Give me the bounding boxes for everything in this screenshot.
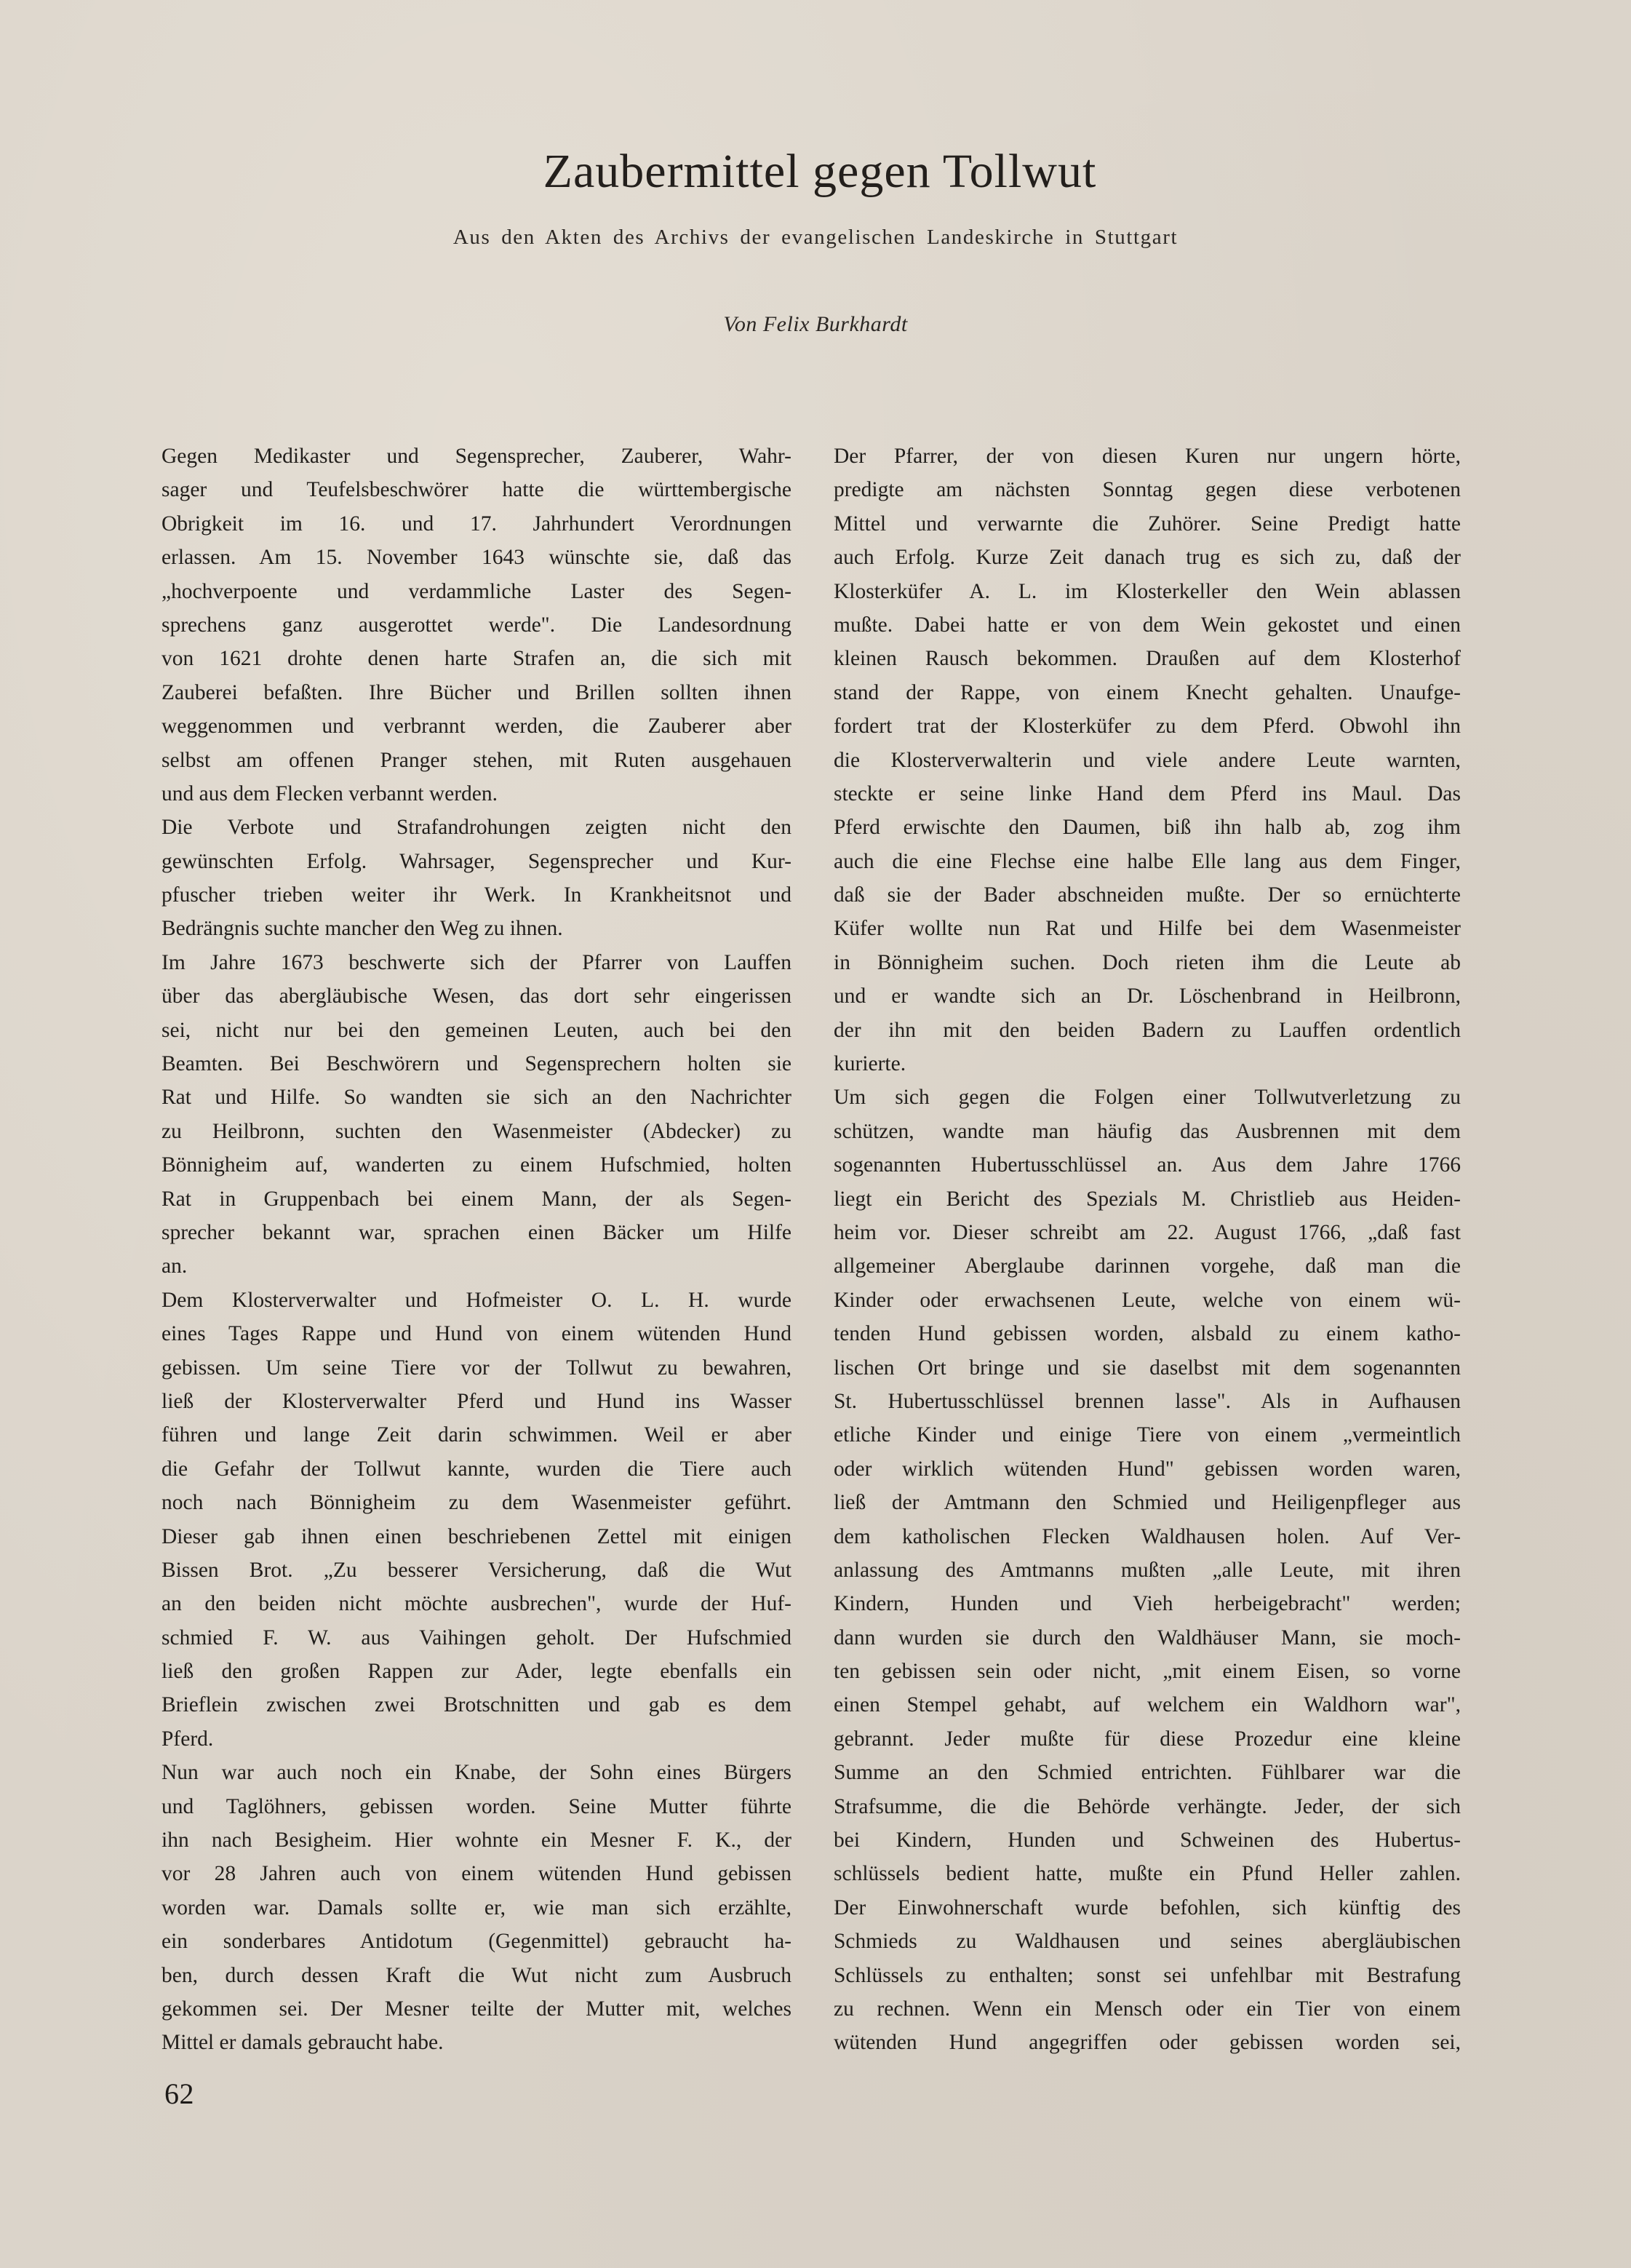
- text-line: Die Verbote und Strafandrohungen zeigten…: [161, 811, 791, 844]
- text-line: an.: [161, 1249, 791, 1283]
- text-line: etliche Kinder und einige Tiere von eine…: [834, 1418, 1461, 1452]
- text-line: Pferd.: [161, 1722, 791, 1756]
- text-line: über das abergläubische Wesen, das dort …: [161, 979, 791, 1013]
- text-line: und Taglöhners, gebissen worden. Seine M…: [161, 1790, 791, 1823]
- text-line: pfuscher trieben weiter ihr Werk. In Kra…: [161, 878, 791, 912]
- text-line: die Gefahr der Tollwut kannte, wurden di…: [161, 1452, 791, 1486]
- text-line: ihn nach Besigheim. Hier wohnte ein Mesn…: [161, 1823, 791, 1857]
- text-line: an den beiden nicht möchte ausbrechen", …: [161, 1587, 791, 1620]
- text-line: Mittel er damals gebraucht habe.: [161, 2026, 791, 2059]
- text-line: daß sie der Bader abschneiden mußte. Der…: [834, 878, 1461, 912]
- text-line: selbst am offenen Pranger stehen, mit Ru…: [161, 744, 791, 777]
- text-line: der ihn mit den beiden Badern zu Lauffen…: [834, 1014, 1461, 1047]
- text-line: Im Jahre 1673 beschwerte sich der Pfarre…: [161, 946, 791, 979]
- text-line: lischen Ort bringe und sie daselbst mit …: [834, 1351, 1461, 1385]
- text-line: fordert trat der Klosterküfer zu dem Pfe…: [834, 709, 1461, 743]
- text-line: Nun war auch noch ein Knabe, der Sohn ei…: [161, 1756, 791, 1789]
- text-line: heim vor. Dieser schreibt am 22. August …: [834, 1216, 1461, 1249]
- text-line: liegt ein Bericht des Spezials M. Christ…: [834, 1182, 1461, 1216]
- text-line: Rat in Gruppenbach bei einem Mann, der a…: [161, 1182, 791, 1216]
- article-title: Zaubermittel gegen Tollwut: [0, 143, 1631, 201]
- page-number: 62: [164, 2077, 194, 2112]
- article-subtitle: Aus den Akten des Archivs der evangelisc…: [0, 224, 1631, 250]
- text-line: Beamten. Bei Beschwörern und Segensprech…: [161, 1047, 791, 1081]
- text-line: wütenden Hund angegriffen oder gebissen …: [834, 2026, 1461, 2059]
- text-line: und er wandte sich an Dr. Löschenbrand i…: [834, 979, 1461, 1013]
- text-line: Strafsumme, die die Behörde verhängte. J…: [834, 1790, 1461, 1823]
- text-line: in Bönnigheim suchen. Doch rieten ihm di…: [834, 946, 1461, 979]
- text-line: sprecher bekannt war, sprachen einen Bäc…: [161, 1216, 791, 1249]
- text-line: ten gebissen sein oder nicht, „mit einem…: [834, 1655, 1461, 1688]
- text-line: Bedrängnis suchte mancher den Weg zu ihn…: [161, 912, 791, 945]
- text-line: sei, nicht nur bei den gemeinen Leuten, …: [161, 1014, 791, 1047]
- text-line: ben, durch dessen Kraft die Wut nicht zu…: [161, 1959, 791, 1992]
- text-line: Brieflein zwischen zwei Brotschnitten un…: [161, 1688, 791, 1722]
- text-line: die Klosterverwalterin und viele andere …: [834, 744, 1461, 777]
- text-line: Pferd erwischte den Daumen, biß ihn halb…: [834, 811, 1461, 844]
- text-line: mußte. Dabei hatte er von dem Wein gekos…: [834, 608, 1461, 642]
- text-line: predigte am nächsten Sonntag gegen diese…: [834, 473, 1461, 506]
- text-line: schlüssels bedient hatte, mußte ein Pfun…: [834, 1857, 1461, 1890]
- text-line: auch die eine Flechse eine halbe Elle la…: [834, 845, 1461, 878]
- text-line: und aus dem Flecken verbannt werden.: [161, 777, 791, 811]
- text-line: ließ der Amtmann den Schmied und Heilige…: [834, 1486, 1461, 1519]
- text-line: allgemeiner Aberglaube darinnen vorgehe,…: [834, 1249, 1461, 1283]
- text-line: stand der Rappe, von einem Knecht gehalt…: [834, 676, 1461, 709]
- text-line: sager und Teufelsbeschwörer hatte die wü…: [161, 473, 791, 506]
- text-line: anlassung des Amtmanns mußten „alle Leut…: [834, 1553, 1461, 1587]
- text-line: Kinder oder erwachsenen Leute, welche vo…: [834, 1284, 1461, 1317]
- text-line: gekommen sei. Der Mesner teilte der Mutt…: [161, 1992, 791, 2026]
- text-line: worden war. Damals sollte er, wie man si…: [161, 1891, 791, 1925]
- text-line: Klosterküfer A. L. im Klosterkeller den …: [834, 575, 1461, 608]
- text-line: gebrannt. Jeder mußte für diese Prozedur…: [834, 1722, 1461, 1756]
- text-line: dem katholischen Flecken Waldhausen hole…: [834, 1520, 1461, 1553]
- text-line: Zauberei befaßten. Ihre Bücher und Brill…: [161, 676, 791, 709]
- text-line: noch nach Bönnigheim zu dem Wasenmeister…: [161, 1486, 791, 1519]
- text-line: St. Hubertusschlüssel brennen lasse". Al…: [834, 1385, 1461, 1418]
- text-line: eines Tages Rappe und Hund von einem wüt…: [161, 1317, 791, 1350]
- text-line: Schmieds zu Waldhausen und seines abergl…: [834, 1925, 1461, 1958]
- text-line: Der Einwohnerschaft wurde befohlen, sich…: [834, 1891, 1461, 1925]
- text-line: oder wirklich wütenden Hund" gebissen wo…: [834, 1452, 1461, 1486]
- text-line: sogenannten Hubertusschlüssel an. Aus de…: [834, 1148, 1461, 1182]
- text-line: gewünschten Erfolg. Wahrsager, Segenspre…: [161, 845, 791, 878]
- text-line: ein sonderbares Antidotum (Gegenmittel) …: [161, 1925, 791, 1958]
- text-line: Küfer wollte nun Rat und Hilfe bei dem W…: [834, 912, 1461, 945]
- text-line: schützen, wandte man häufig das Ausbrenn…: [834, 1115, 1461, 1148]
- text-line: zu Heilbronn, suchten den Wasenmeister (…: [161, 1115, 791, 1148]
- text-line: dann wurden sie durch den Waldhäuser Man…: [834, 1621, 1461, 1655]
- text-column-left: Gegen Medikaster und Segensprecher, Zaub…: [161, 439, 791, 2060]
- text-line: „hochverpoente und verdammliche Laster d…: [161, 575, 791, 608]
- text-line: Bönnigheim auf, wanderten zu einem Hufsc…: [161, 1148, 791, 1182]
- text-line: Mittel und verwarnte die Zuhörer. Seine …: [834, 507, 1461, 541]
- text-line: auch Erfolg. Kurze Zeit danach trug es s…: [834, 541, 1461, 574]
- text-line: führen und lange Zeit darin schwimmen. W…: [161, 1418, 791, 1452]
- text-line: Schlüssels zu enthalten; sonst sei unfeh…: [834, 1959, 1461, 1992]
- text-line: bei Kindern, Hunden und Schweinen des Hu…: [834, 1823, 1461, 1857]
- text-line: weggenommen und verbrannt werden, die Za…: [161, 709, 791, 743]
- text-line: gebissen. Um seine Tiere vor der Tollwut…: [161, 1351, 791, 1385]
- text-line: vor 28 Jahren auch von einem wütenden Hu…: [161, 1857, 791, 1890]
- text-line: Dieser gab ihnen einen beschriebenen Zet…: [161, 1520, 791, 1553]
- text-line: Obrigkeit im 16. und 17. Jahrhundert Ver…: [161, 507, 791, 541]
- text-line: steckte er seine linke Hand dem Pferd in…: [834, 777, 1461, 811]
- text-line: Gegen Medikaster und Segensprecher, Zaub…: [161, 439, 791, 473]
- text-line: Kindern, Hunden und Vieh herbeigebracht"…: [834, 1587, 1461, 1620]
- text-line: erlassen. Am 15. November 1643 wünschte …: [161, 541, 791, 574]
- text-line: von 1621 drohte denen harte Strafen an, …: [161, 642, 791, 675]
- text-line: kleinen Rausch bekommen. Draußen auf dem…: [834, 642, 1461, 675]
- text-line: Dem Klosterverwalter und Hofmeister O. L…: [161, 1284, 791, 1317]
- text-line: einen Stempel gehabt, auf welchem ein Wa…: [834, 1688, 1461, 1722]
- text-line: Bissen Brot. „Zu besserer Versicherung, …: [161, 1553, 791, 1587]
- text-line: Der Pfarrer, der von diesen Kuren nur un…: [834, 439, 1461, 473]
- text-column-right: Der Pfarrer, der von diesen Kuren nur un…: [834, 439, 1461, 2060]
- text-line: schmied F. W. aus Vaihingen geholt. Der …: [161, 1621, 791, 1655]
- text-line: Summe an den Schmied entrichten. Fühlbar…: [834, 1756, 1461, 1789]
- text-line: sprechens ganz ausgerottet werde". Die L…: [161, 608, 791, 642]
- article-byline: Von Felix Burkhardt: [0, 311, 1631, 338]
- document-page: Zaubermittel gegen Tollwut Aus den Akten…: [0, 0, 1631, 2268]
- text-line: ließ den großen Rappen zur Ader, legte e…: [161, 1655, 791, 1688]
- text-line: Um sich gegen die Folgen einer Tollwutve…: [834, 1081, 1461, 1114]
- text-line: kurierte.: [834, 1047, 1461, 1081]
- text-line: zu rechnen. Wenn ein Mensch oder ein Tie…: [834, 1992, 1461, 2026]
- text-line: ließ der Klosterverwalter Pferd und Hund…: [161, 1385, 791, 1418]
- text-line: Rat und Hilfe. So wandten sie sich an de…: [161, 1081, 791, 1114]
- text-line: tenden Hund gebissen worden, alsbald zu …: [834, 1317, 1461, 1350]
